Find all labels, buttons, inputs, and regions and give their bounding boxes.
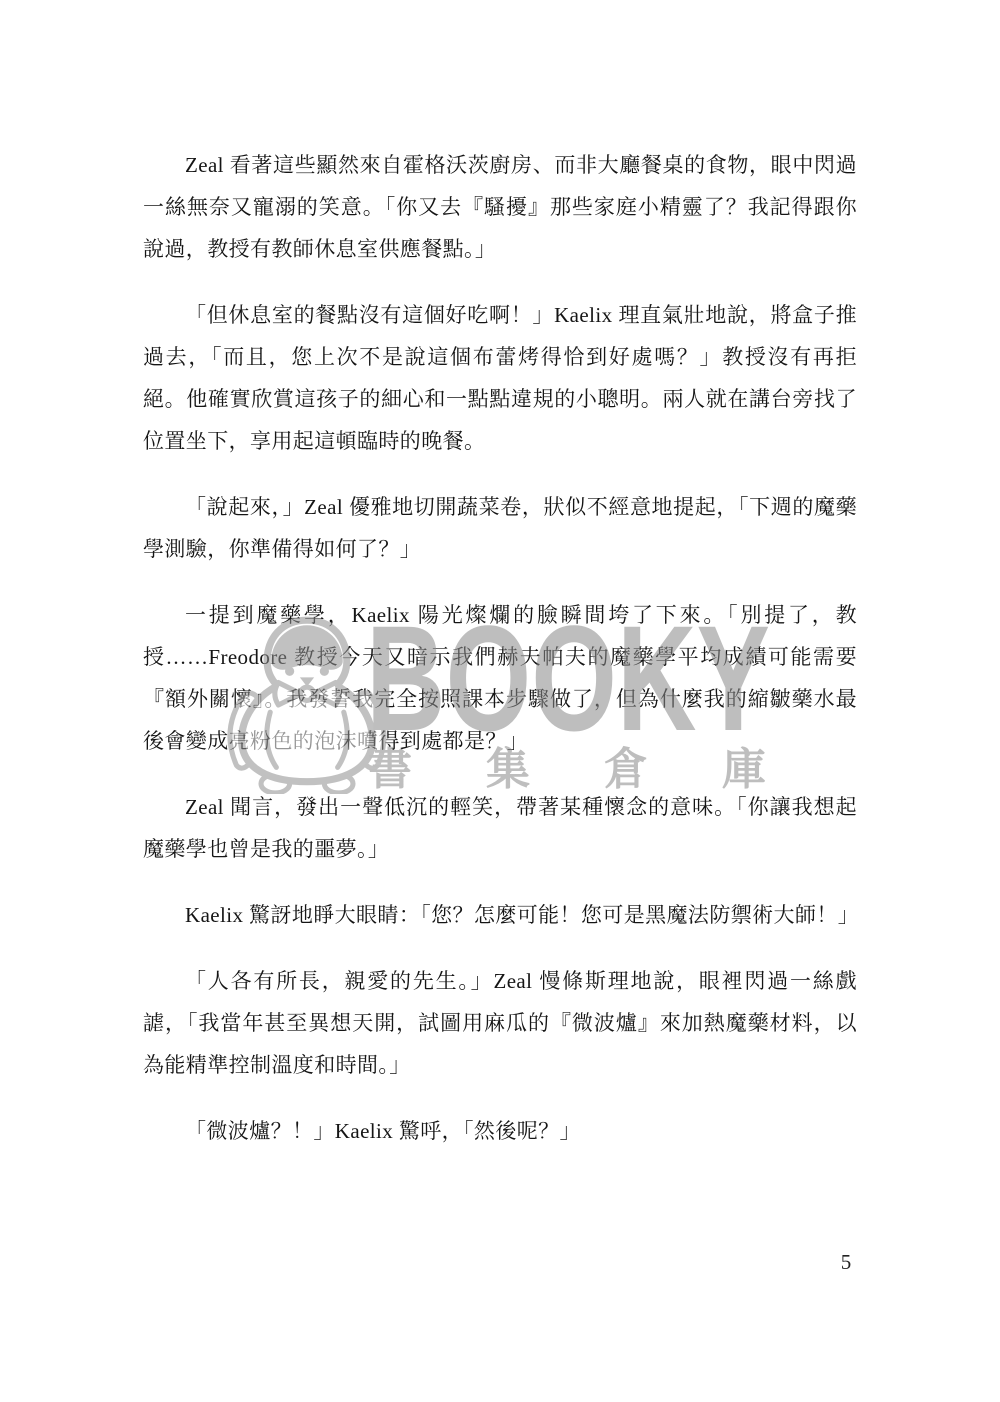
paragraph: 「微波爐？！」Kaelix 驚呼，「然後呢？」 — [143, 1110, 857, 1152]
paragraph: 「說起來，」Zeal 優雅地切開蔬菜卷，狀似不經意地提起，「下週的魔藥學測驗，你… — [143, 486, 857, 570]
paragraph: 「人各有所長，親愛的先生。」Zeal 慢條斯理地說，眼裡閃過一絲戲謔，「我當年甚… — [143, 960, 857, 1086]
page-text-block: Zeal 看著這些顯然來自霍格沃茨廚房、而非大廳餐桌的食物，眼中閃過一絲無奈又寵… — [143, 144, 857, 1176]
paragraph: Kaelix 驚訝地睜大眼睛：「您？怎麼可能！您可是黑魔法防禦術大師！」 — [143, 894, 857, 936]
paragraph: 一提到魔藥學，Kaelix 陽光燦爛的臉瞬間垮了下來。「別提了，教授……Freo… — [143, 594, 857, 762]
paragraph: Zeal 看著這些顯然來自霍格沃茨廚房、而非大廳餐桌的食物，眼中閃過一絲無奈又寵… — [143, 144, 857, 270]
paragraph: Zeal 聞言，發出一聲低沉的輕笑，帶著某種懷念的意味。「你讓我想起魔藥學也曾是… — [143, 786, 857, 870]
document-page: Zeal 看著這些顯然來自霍格沃茨廚房、而非大廳餐桌的食物，眼中閃過一絲無奈又寵… — [0, 0, 1000, 1402]
paragraph: 「但休息室的餐點沒有這個好吃啊！」Kaelix 理直氣壯地說，將盒子推過去，「而… — [143, 294, 857, 462]
page-number: 5 — [826, 1250, 866, 1275]
